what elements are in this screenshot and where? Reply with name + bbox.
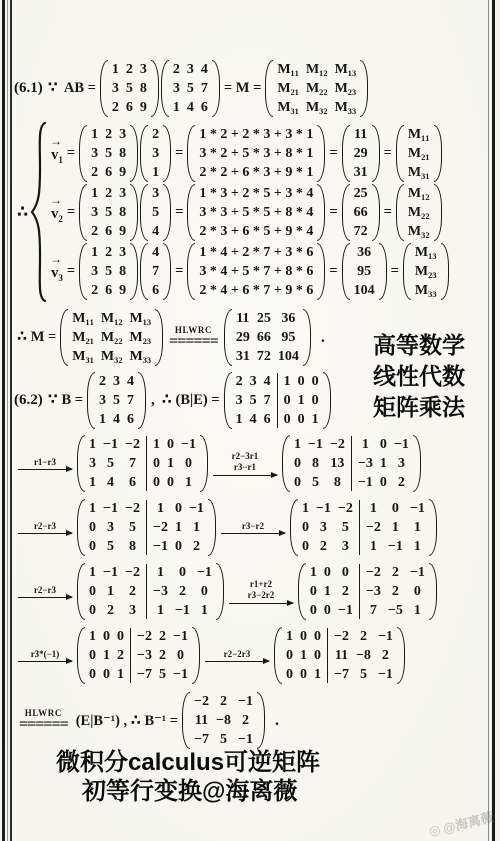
matrix-cell: 0	[302, 518, 309, 537]
matrix-cell: 1	[302, 499, 309, 518]
side-note-line-2: 线性代数	[373, 361, 465, 392]
vector-arrow-icon: →	[50, 193, 62, 208]
equals-M-text: = M =	[224, 80, 261, 97]
matrix-cell: 1	[414, 537, 421, 556]
matrix-cell: M₃₂	[101, 347, 123, 366]
matrix-cell: 3	[236, 391, 243, 410]
row-op-label: r2−r3	[34, 585, 56, 596]
matrix-cell: 1	[89, 473, 96, 492]
matrix-cell: M₃₂	[306, 98, 328, 117]
vector-line-1: →v1 = 123358269 231 = 1 * 2 + 2 * 3 + 3 …	[49, 125, 449, 182]
left-paren	[79, 243, 87, 300]
matrix-cell: 0	[179, 563, 186, 582]
matrix-cell: 104	[354, 281, 375, 300]
matrix-cell: 5	[187, 79, 194, 98]
matrix-cell: 1	[153, 435, 160, 454]
matrix-cell: 13	[330, 454, 344, 473]
matrix-cell: 2	[91, 222, 98, 241]
matrix-cell: 0	[300, 665, 307, 684]
page-border-right-inner	[488, 0, 489, 841]
matrix-cell: 4	[127, 372, 134, 391]
matrix-cell: 2	[99, 372, 106, 391]
matrix-cell: 2 * 4 + 6 * 7 + 9 * 6	[199, 281, 313, 300]
side-note: 高等数学 线性代数 矩阵乘法	[373, 330, 465, 423]
matrix-cell: M₁₂	[101, 309, 123, 328]
left-paren	[224, 309, 232, 366]
augmentation-bar	[277, 373, 278, 428]
equals: =	[175, 263, 183, 280]
matrix-cell: 2	[220, 692, 227, 711]
matrix-cell: −3	[366, 582, 381, 601]
matrix-cell: 2	[129, 582, 136, 601]
matrix-cell: M₃₁	[72, 347, 94, 366]
matrix-cell: 8	[334, 473, 341, 492]
matrix-cell: 31	[236, 347, 250, 366]
scanned-math-notes: { "symbols": { "because": "∵", "therefor…	[0, 0, 500, 841]
vector-column: →v1 = 123358269 231 = 1 * 2 + 2 * 3 + 3 …	[49, 124, 449, 301]
matrix-cell: 5	[312, 473, 319, 492]
matrix-cell: 5	[152, 203, 159, 222]
right-arrow-icon	[213, 475, 277, 476]
matrix-cell: 2	[236, 372, 243, 391]
right-paren	[429, 563, 437, 620]
right-paren	[317, 184, 325, 241]
equation-6-1: (6.1) ∵ AB = 123358269 234357146 = M = M…	[14, 60, 488, 117]
matrix-cell: 8	[129, 537, 136, 556]
left-paren	[298, 563, 306, 620]
equation-number: (6.2)	[14, 392, 43, 409]
matrix-cell: 1	[157, 563, 164, 582]
right-paren	[317, 243, 325, 300]
matrix-cell: 3	[91, 262, 98, 281]
left-paren	[187, 125, 195, 182]
matrix-cell: −1	[181, 435, 196, 454]
matrix-cell: M₃₁	[408, 163, 430, 182]
matrix-cell: 25	[257, 309, 271, 328]
matrix-cell: 2	[159, 627, 166, 646]
matrix-cell: 5	[107, 537, 114, 556]
matrix-cell: M₃₃	[130, 347, 152, 366]
matrix-cell: 0	[286, 665, 293, 684]
right-paren	[130, 184, 138, 241]
matrix-cell: 8	[119, 262, 126, 281]
matrix-cell: −1	[103, 435, 118, 454]
therefore-symbol: ∴	[17, 202, 28, 222]
matrix-cell: −2	[366, 563, 381, 582]
right-paren	[323, 372, 331, 429]
augmented-left-cells: 1−1−2035023	[300, 499, 355, 556]
period: .	[275, 712, 279, 730]
matrix-cell: 1	[314, 665, 321, 684]
matrix-cell: 3	[99, 391, 106, 410]
left-paren	[290, 499, 298, 556]
augmentation-bar	[130, 628, 131, 683]
right-arrow-icon	[221, 533, 285, 534]
matrix-cell: 7	[370, 601, 377, 620]
matrix-cell: −2	[366, 518, 381, 537]
matrix-A-cells: 123358269	[89, 243, 128, 300]
footer-line-1: 微积分calculus可逆矩阵	[56, 748, 320, 777]
matrix-cell: 1	[91, 125, 98, 144]
augmented-right-cells: 10−1010001	[151, 435, 198, 492]
left-paren	[182, 692, 190, 749]
matrix-A: 123358269	[79, 125, 138, 182]
matrix-cell: 4	[152, 243, 159, 262]
matrix-cell: 2 * 2 + 6 * 3 + 9 * 1	[199, 163, 313, 182]
matrix-B-cells: 234357146	[97, 372, 136, 429]
matrix-cell: 2	[107, 601, 114, 620]
matrix-cell: 5	[126, 79, 133, 98]
matrix-cell: 5	[159, 665, 166, 684]
matrix-cell: 5	[250, 391, 257, 410]
matrix-cell: 1	[99, 410, 106, 429]
left-paren	[79, 125, 87, 182]
m-symbol-vector-cells: M₁₃M₂₃M₃₃	[413, 243, 439, 300]
augmented-left-cells: 10001200−1	[308, 563, 355, 620]
left-paren	[140, 243, 148, 300]
right-paren	[155, 309, 163, 366]
matrix-cell: −5	[388, 601, 403, 620]
because-symbol: ∵	[48, 80, 58, 97]
matrix-cell: 0	[312, 372, 319, 391]
matrix-cell: −8	[356, 646, 371, 665]
left-paren	[342, 184, 350, 241]
matrix-cell: 0	[89, 646, 96, 665]
matrix-cell: 2	[398, 473, 405, 492]
matrix-cell: 11	[335, 646, 348, 665]
page-border-left-mid	[7, 0, 8, 841]
augmented-right-cells: 10−1−211−102	[151, 499, 206, 556]
product-expression: 1 * 4 + 2 * 7 + 3 * 63 * 4 + 5 * 7 + 8 *…	[187, 243, 325, 300]
matrix-cell: 3	[119, 125, 126, 144]
matrix-M-symbolic: M₁₁M₁₂M₁₃M₂₁M₂₂M₂₃M₃₁M₃₂M₃₃	[60, 309, 163, 366]
footer-line-2: 初等行变换@海离薇	[82, 777, 320, 806]
matrix-cell: 1	[193, 518, 200, 537]
row-op-arrow: r2−r3	[18, 585, 72, 599]
matrix-cell: M₂₂	[306, 79, 328, 98]
matrix-cell: M₂₃	[130, 328, 152, 347]
matrix-B: 234357146	[87, 372, 146, 429]
right-paren	[163, 184, 171, 241]
matrix-cell: 1	[201, 601, 208, 620]
result-vector: 112931	[342, 125, 380, 182]
matrix-cell: −8	[216, 711, 231, 730]
matrix-cell: 29	[354, 144, 368, 163]
matrix-cell: 0	[175, 499, 182, 518]
left-paren	[60, 309, 68, 366]
column-vector-cells: 354	[150, 184, 161, 241]
augmented-matrix: 1−1−235714610−1010001	[77, 435, 208, 492]
matrix-cell: 4	[107, 473, 114, 492]
matrix-B-inverse: −22−111−82−75−1	[182, 692, 265, 749]
matrix-cell: 0	[300, 627, 307, 646]
matrix-cell: 1	[380, 454, 387, 473]
matrix-cell: 1	[294, 435, 301, 454]
row-op-arrow: r2−r3	[18, 521, 72, 535]
right-paren	[379, 243, 387, 300]
matrix-cell: 3	[173, 79, 180, 98]
row-op-arrow: r2−3r1r3−r1	[213, 451, 277, 476]
watermark: ◎ @海离薇	[427, 806, 496, 840]
matrix-cell: 1 * 4 + 2 * 7 + 3 * 6	[199, 243, 313, 262]
system-brace-icon	[29, 121, 49, 303]
equals: =	[67, 204, 75, 221]
matrix-cell: 0	[294, 473, 301, 492]
matrix-cell: −1	[338, 601, 353, 620]
row-op-arrow: r3*(−1)	[18, 649, 72, 663]
matrix-cell: 1	[414, 518, 421, 537]
right-paren	[360, 60, 368, 117]
left-paren	[282, 435, 290, 492]
equals: =	[329, 263, 337, 280]
matrix-cell: −2	[338, 499, 353, 518]
matrix-cell: 8	[312, 454, 319, 473]
matrix-cell: 0	[324, 601, 331, 620]
matrix-cell: 1	[370, 537, 377, 556]
augmented-left-cells: 1−1−2035058	[87, 499, 142, 556]
matrix-cell: 72	[354, 222, 368, 241]
left-paren	[161, 60, 169, 117]
matrix-cell: M₁₂	[408, 184, 430, 203]
matrix-cell: 3	[398, 454, 405, 473]
matrix-cell: M₂₂	[408, 203, 430, 222]
product-expression-cells: 1 * 2 + 2 * 3 + 3 * 13 * 2 + 5 * 3 + 8 *…	[197, 125, 315, 182]
row-op-arrow: r3−r2	[221, 521, 285, 535]
right-paren	[372, 125, 380, 182]
left-paren	[342, 243, 350, 300]
matrix-cell: 0	[185, 454, 192, 473]
matrix-cell: 0	[294, 454, 301, 473]
matrix-cell: 1	[312, 410, 319, 429]
augmentation-bar	[351, 436, 352, 491]
e-binverse-text: (E|B⁻¹) , ∴ B⁻¹ =	[76, 712, 178, 730]
matrix-cell: −1	[103, 563, 118, 582]
matrix-cell: 7	[201, 79, 208, 98]
augmented-matrix: 1−1−203505810−1−211−102	[77, 499, 216, 556]
matrix-cell: 6	[126, 98, 133, 117]
right-arrow-icon	[18, 469, 72, 470]
augmented-right-cells: 10−1−2111−11	[364, 499, 427, 556]
matrix-cell: 1	[91, 243, 98, 262]
vector-symbol-v1: →v1	[51, 142, 63, 165]
matrix-cell: 0	[175, 537, 182, 556]
matrix-cell: 1	[362, 435, 369, 454]
augmented-matrix: 1−1−201202310−1−3201−11	[77, 563, 224, 620]
matrix-cell: 3	[119, 243, 126, 262]
right-paren	[434, 125, 442, 182]
vector-arrow-icon: →	[50, 134, 62, 149]
matrix-cell: 0	[284, 410, 291, 429]
matrix-cell: M₂₁	[277, 79, 299, 98]
left-paren	[77, 563, 85, 620]
matrix-cell: 66	[354, 203, 368, 222]
matrix-cell: M₂₁	[72, 328, 94, 347]
augmented-right-cells: −22−111−82−75−1	[332, 627, 395, 684]
row-op-label: r2−3r1	[232, 451, 259, 462]
matrix-cell: 1	[370, 499, 377, 518]
matrix-cell: 2	[112, 98, 119, 117]
matrix-cell: M₁₃	[130, 309, 152, 328]
matrix-cell: 7	[129, 454, 136, 473]
matrix-cell: 2	[105, 243, 112, 262]
left-paren	[77, 435, 85, 492]
matrix-cell: 0	[324, 563, 331, 582]
augmented-right-cells: −22−1−320−75−1	[135, 627, 190, 684]
row-op-label: r3−r2	[242, 521, 264, 532]
matrix-cell: 1	[236, 410, 243, 429]
m-symbol-vector: M₁₂M₂₂M₃₂	[396, 184, 442, 241]
matrix-cell: 0	[342, 563, 349, 582]
matrix-cell: 0	[310, 582, 317, 601]
matrix-cell: 2	[360, 627, 367, 646]
matrix-cell: 1	[103, 646, 110, 665]
right-paren	[413, 435, 421, 492]
matrix-cell: 0	[414, 582, 421, 601]
augmented-right-cells: −22−1−3207−51	[364, 563, 427, 620]
matrix-cell: 6	[105, 163, 112, 182]
matrix-A-cells: 123358269	[110, 60, 149, 117]
right-paren	[151, 60, 159, 117]
matrix-cell: 3	[140, 60, 147, 79]
matrix-cell: M₃₂	[408, 222, 430, 241]
hlwrc-connector: HLWRC ======	[169, 326, 218, 349]
row-operation-line-3: r2−r3 1−1−201202310−1−3201−11 r1+r2r3−2r…	[14, 563, 488, 620]
equals: =	[384, 145, 392, 162]
matrix-cell: 6	[105, 222, 112, 241]
right-paren	[130, 125, 138, 182]
matrix-cell: 6	[127, 410, 134, 429]
matrix-cell: 3	[89, 454, 96, 473]
m-symbol-vector: M₁₁M₂₁M₃₁	[396, 125, 442, 182]
row-operation-line-4: r3*(−1) 100012001−22−1−320−75−1 r2−2r3 1…	[14, 627, 488, 684]
augmented-right-cells: 10−1−313−102	[356, 435, 411, 492]
matrix-cell: 5	[113, 391, 120, 410]
matrix-cell: −1	[308, 435, 323, 454]
matrix-cell: 7	[127, 391, 134, 410]
matrix-cell: 25	[354, 184, 368, 203]
right-paren	[257, 692, 265, 749]
row-op-label: r2−r3	[34, 521, 56, 532]
column-vector: 354	[140, 184, 171, 241]
matrix-cell: 3	[342, 537, 349, 556]
result-vector-cells: 112931	[352, 125, 370, 182]
m-symbol-vector-cells: M₁₁M₂₁M₃₁	[406, 125, 432, 182]
augmented-B-E: 234357146 100010001	[224, 372, 331, 429]
footer-caption: 微积分calculus可逆矩阵 初等行变换@海离薇	[56, 748, 320, 806]
left-paren	[274, 627, 282, 684]
matrix-cell: 2	[320, 537, 327, 556]
augmented-matrix: 10001200−1−22−1−3207−51	[298, 563, 437, 620]
vector-symbol-v3: →v3	[51, 260, 63, 283]
long-equals: ======	[169, 335, 218, 349]
row-op-labels: r1+r2r3−2r2	[248, 579, 275, 601]
matrix-cell: −1	[378, 665, 393, 684]
matrix-cell: −2	[194, 692, 209, 711]
matrix-cell: 1	[298, 391, 305, 410]
matrix-cell: 2	[193, 537, 200, 556]
matrix-cell: 2	[342, 582, 349, 601]
matrix-cell: −2	[153, 518, 168, 537]
left-paren	[187, 243, 195, 300]
matrix-cell: 36	[281, 309, 295, 328]
right-paren	[397, 627, 405, 684]
right-arrow-icon	[18, 661, 72, 662]
inverse-result-line: HLWRC ====== (E|B⁻¹) , ∴ B⁻¹ = −22−111−8…	[14, 692, 488, 749]
augmented-right-cells: 10−1−3201−11	[151, 563, 214, 620]
matrix-cell: 4	[113, 410, 120, 429]
matrix-cell: 1	[112, 60, 119, 79]
matrix-cell: 0	[380, 435, 387, 454]
matrix-cell: 29	[236, 328, 250, 347]
matrix-cell: −3	[137, 646, 152, 665]
matrix-cell: −2	[125, 563, 140, 582]
matrix-cell: 3	[187, 60, 194, 79]
vector-system: ∴ →v1 = 123358269 231 = 1 * 2 + 2 * 3 + …	[14, 121, 488, 303]
matrix-cell: 3	[107, 518, 114, 537]
right-paren	[130, 243, 138, 300]
matrix-cell: 5	[220, 730, 227, 749]
left-paren	[79, 184, 87, 241]
matrix-cell: 0	[314, 627, 321, 646]
matrix-cell: 1	[152, 163, 159, 182]
product-expression: 1 * 2 + 2 * 3 + 3 * 13 * 2 + 5 * 3 + 8 *…	[187, 125, 325, 182]
column-vector-cells: 476	[150, 243, 161, 300]
matrix-cell: 4	[264, 372, 271, 391]
matrix-B: 234357146	[161, 60, 220, 117]
right-paren	[303, 309, 311, 366]
product-expression: 1 * 3 + 2 * 5 + 3 * 43 * 3 + 5 * 5 + 8 *…	[187, 184, 325, 241]
column-vector-cells: 231	[150, 125, 161, 182]
result-vector: 256672	[342, 184, 380, 241]
matrix-cell: 1	[157, 499, 164, 518]
matrix-cell: 2	[392, 563, 399, 582]
matrix-cell: 2	[173, 60, 180, 79]
augmented-left-cells: 1−1−2357146	[87, 435, 142, 492]
matrix-A: 123358269	[79, 184, 138, 241]
page-border-right-outer	[492, 0, 495, 841]
matrix-cell: 4	[201, 60, 208, 79]
vector-line-2: →v2 = 123358269 354 = 1 * 3 + 2 * 5 + 3 …	[49, 184, 449, 241]
matrix-cell: 0	[298, 372, 305, 391]
matrix-cell: −1	[316, 499, 331, 518]
matrix-M-symbolic-cells: M₁₁M₁₂M₁₃M₂₁M₂₂M₂₃M₃₁M₃₂M₃₃	[70, 309, 153, 366]
left-paren	[396, 125, 404, 182]
matrix-cell: 6	[129, 473, 136, 492]
row-operation-line-1: r1−r3 1−1−235714610−1010001 r2−3r1r3−r1 …	[14, 435, 488, 492]
equals: =	[175, 145, 183, 162]
matrix-cell: −1	[388, 537, 403, 556]
matrix-cell: 0	[177, 646, 184, 665]
right-paren	[434, 184, 442, 241]
augmentation-bar	[327, 628, 328, 683]
left-paren	[342, 125, 350, 182]
row-op-label: r3*(−1)	[31, 649, 60, 660]
row-op-label: r1−r3	[34, 457, 56, 468]
right-paren	[441, 243, 449, 300]
matrix-cell: M₁₁	[277, 60, 299, 79]
left-paren	[140, 184, 148, 241]
matrix-cell: 1	[117, 665, 124, 684]
matrix-A-cells: 123358269	[89, 184, 128, 241]
matrix-cell: 9	[119, 222, 126, 241]
matrix-cell: M₃₁	[277, 98, 299, 117]
augmented-left-cells: 1−1−20813058	[292, 435, 347, 492]
equals: =	[384, 204, 392, 221]
matrix-cell: 1	[185, 473, 192, 492]
matrix-cell: −1	[358, 473, 373, 492]
matrix-A: 123358269	[79, 243, 138, 300]
m-symbol-vector-cells: M₁₂M₂₂M₃₂	[406, 184, 432, 241]
